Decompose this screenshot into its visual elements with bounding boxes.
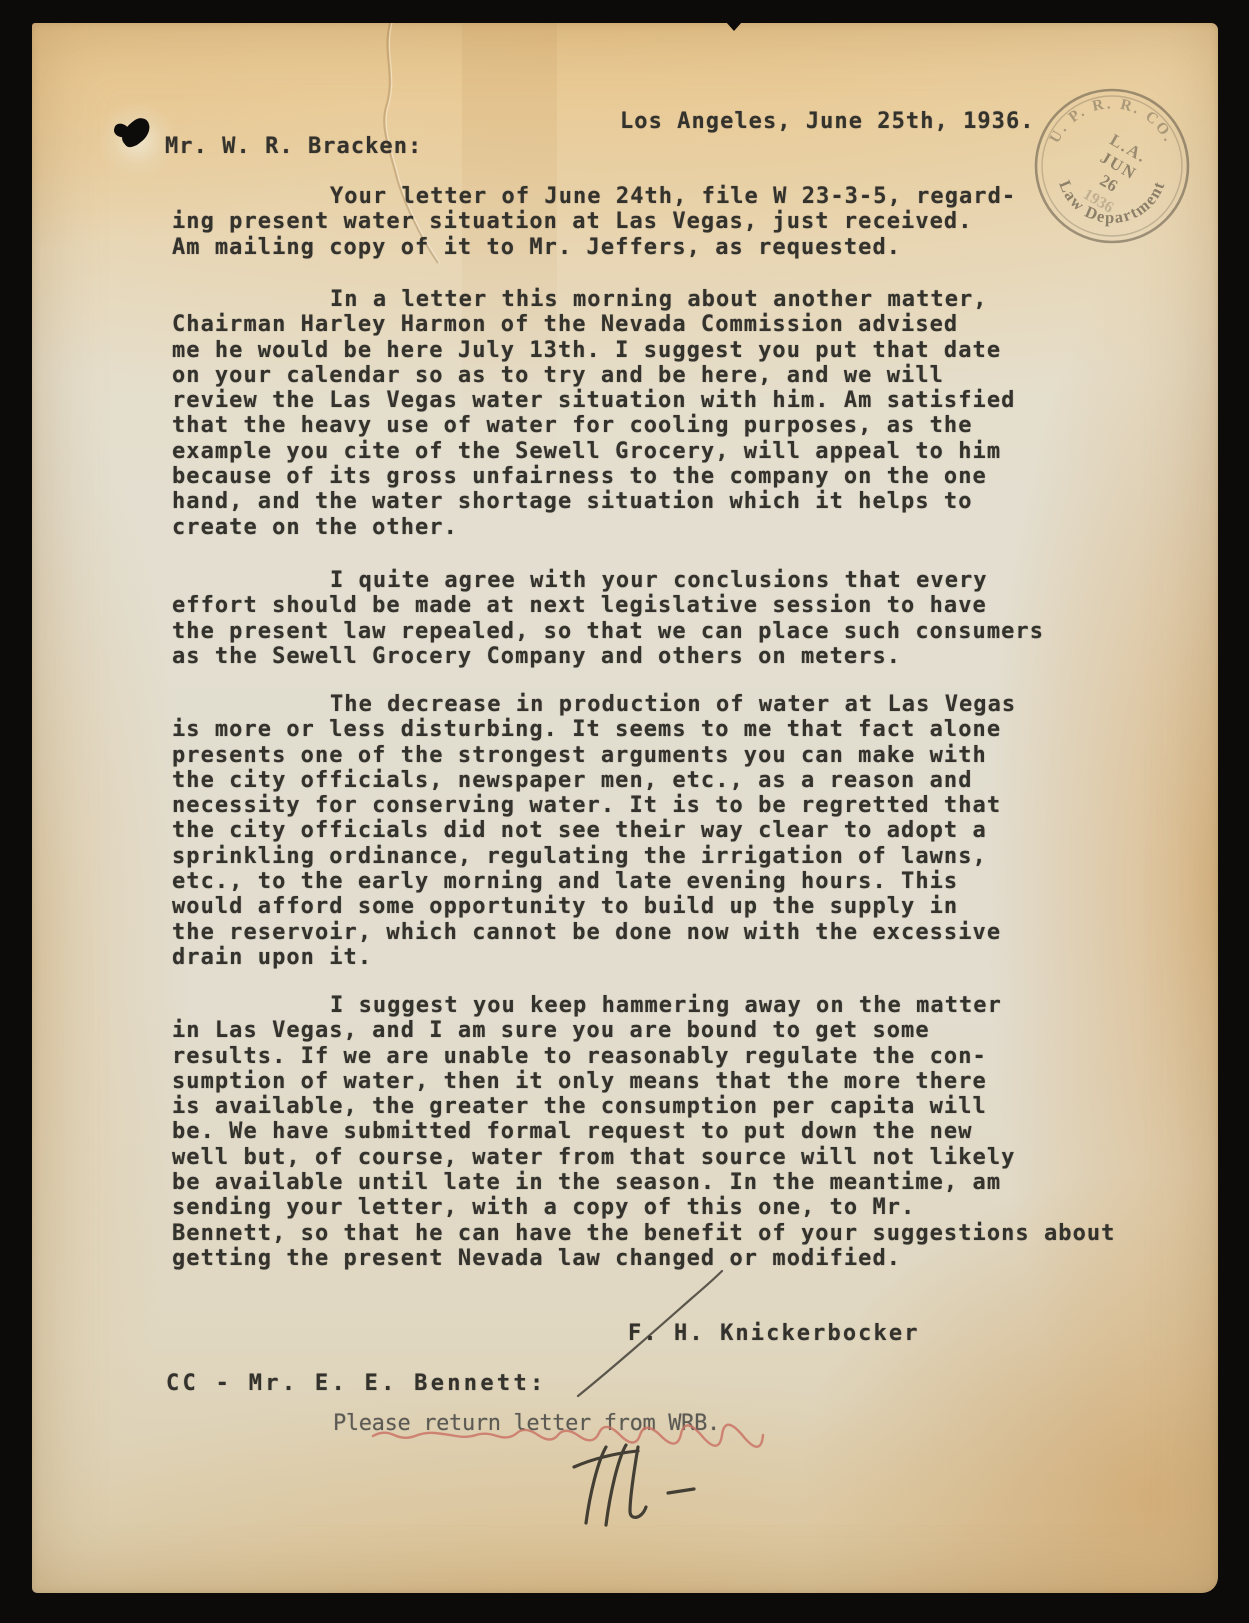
paragraph-3: I quite agree with your conclusions that… [172,568,1044,669]
punch-hole [104,108,172,174]
salutation: Mr. W. R. Bracken: [165,134,422,159]
pen-flourish [570,1266,730,1401]
handwritten-initials [572,1441,742,1536]
scanned-letter-background: { "letter": { "dateline": "Los Angeles, … [0,0,1249,1623]
received-stamp: U. P. R. R. CO. Law Department L.A. JUN … [1022,76,1202,256]
top-edge-tear [726,22,742,31]
paragraph-5: I suggest you keep hammering away on the… [172,993,1115,1271]
dateline: Los Angeles, June 25th, 1936. [620,109,1035,134]
cc-line: CC - Mr. E. E. Bennett: [166,1371,547,1396]
paragraph-1: Your letter of June 24th, file W 23-3-5,… [172,184,1016,260]
paragraph-4: The decrease in production of water at L… [172,692,1016,970]
paragraph-2: In a letter this morning about another m… [172,287,1015,540]
letter-page: Los Angeles, June 25th, 1936. Mr. W. R. … [32,23,1218,1593]
